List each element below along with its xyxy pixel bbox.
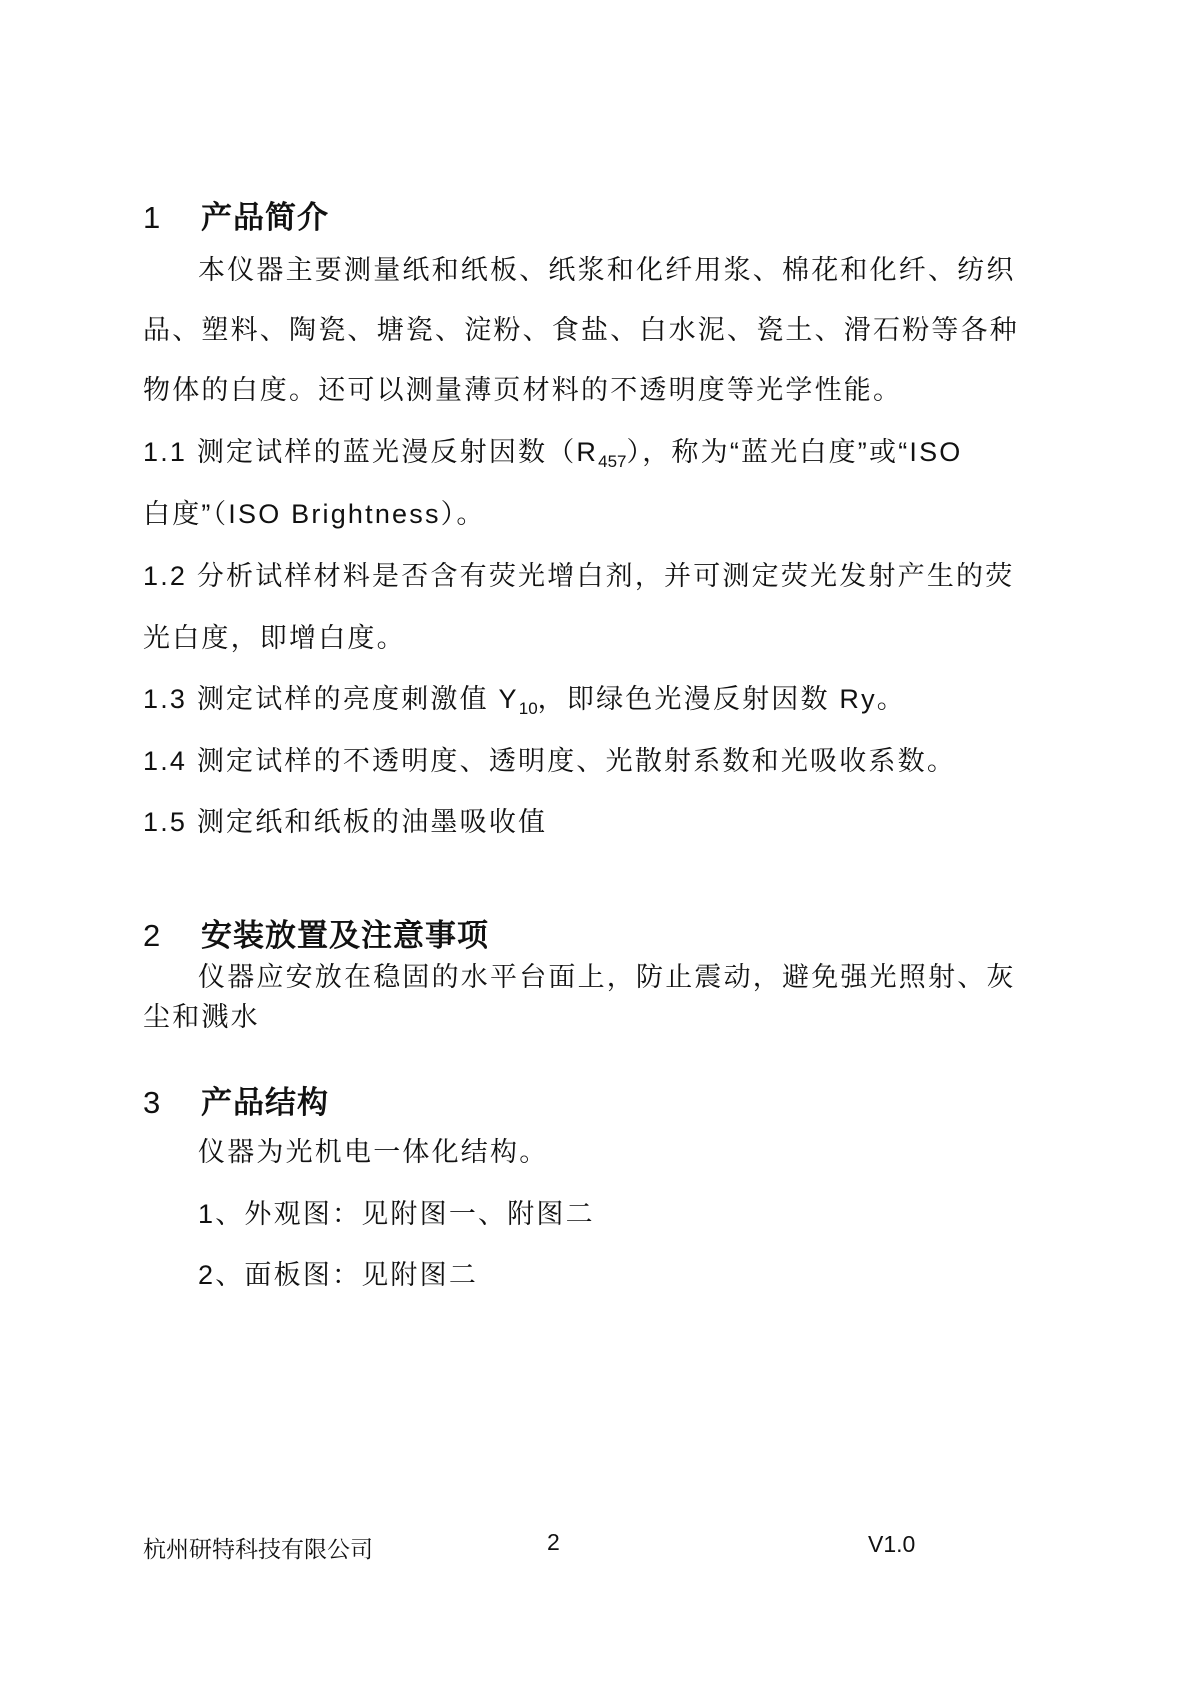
list-item: 2、面板图：见附图二 [198, 1253, 478, 1292]
section-heading-3: 3产品结构 [143, 1077, 329, 1122]
section-number: 2 [143, 918, 201, 954]
section-title: 产品简介 [201, 200, 329, 235]
document-page: 1产品简介 本仪器主要测量纸和纸板、纸浆和化纤用浆、棉花和化纤、纺织 品、塑料、… [0, 0, 1200, 1702]
item-1-3: 1.3 测定试样的亮度刺激值 Y10，即绿色光漫反射因数 Ry。 [143, 677, 906, 719]
list-item: 1、外观图：见附图一、附图二 [198, 1192, 595, 1231]
item-text: ），称为“蓝光白度”或“ISO [627, 437, 963, 467]
section-number: 3 [143, 1085, 201, 1121]
footer-version: V1.0 [868, 1531, 915, 1558]
paragraph-line: 本仪器主要测量纸和纸板、纸浆和化纤用浆、棉花和化纤、纺织 [198, 248, 1016, 287]
footer-company: 杭州研特科技有限公司 [143, 1531, 373, 1564]
section-title: 产品结构 [201, 1085, 329, 1120]
item-text: 1.3 测定试样的亮度刺激值 Y [143, 684, 519, 714]
item-text: ，即绿色光漫反射因数 Ry。 [538, 684, 906, 714]
section-heading-1: 1产品简介 [143, 192, 329, 237]
section-heading-2: 2安装放置及注意事项 [143, 910, 489, 955]
paragraph-line: 物体的白度。还可以测量薄页材料的不透明度等光学性能。 [143, 368, 902, 407]
section-number: 1 [143, 200, 201, 236]
item-1-2: 1.2 分析试样材料是否含有荧光增白剂，并可测定荧光发射产生的荧 [143, 554, 1014, 593]
item-1-1-cont: 白度”（ISO Brightness）。 [143, 492, 486, 531]
paragraph-line: 仪器为光机电一体化结构。 [198, 1130, 548, 1169]
item-1-1: 1.1 测定试样的蓝光漫反射因数（R457），称为“蓝光白度”或“ISO [143, 430, 963, 472]
paragraph-line: 品、塑料、陶瓷、塘瓷、淀粉、食盐、白水泥、瓷土、滑石粉等各种 [143, 308, 1019, 347]
section-title: 安装放置及注意事项 [201, 918, 489, 953]
item-1-4: 1.4 测定试样的不透明度、透明度、光散射系数和光吸收系数。 [143, 739, 956, 778]
paragraph-line: 尘和溅水 [143, 995, 260, 1034]
paragraph-line: 仪器应安放在稳固的水平台面上，防止震动，避免强光照射、灰 [198, 955, 1016, 994]
item-text: 1.1 测定试样的蓝光漫反射因数（R [143, 437, 598, 467]
item-1-2-cont: 光白度，即增白度。 [143, 616, 406, 655]
item-1-5: 1.5 测定纸和纸板的油墨吸收值 [143, 800, 547, 839]
footer-page-number: 2 [547, 1529, 560, 1556]
subscript: 10 [519, 699, 538, 718]
subscript: 457 [598, 452, 626, 471]
